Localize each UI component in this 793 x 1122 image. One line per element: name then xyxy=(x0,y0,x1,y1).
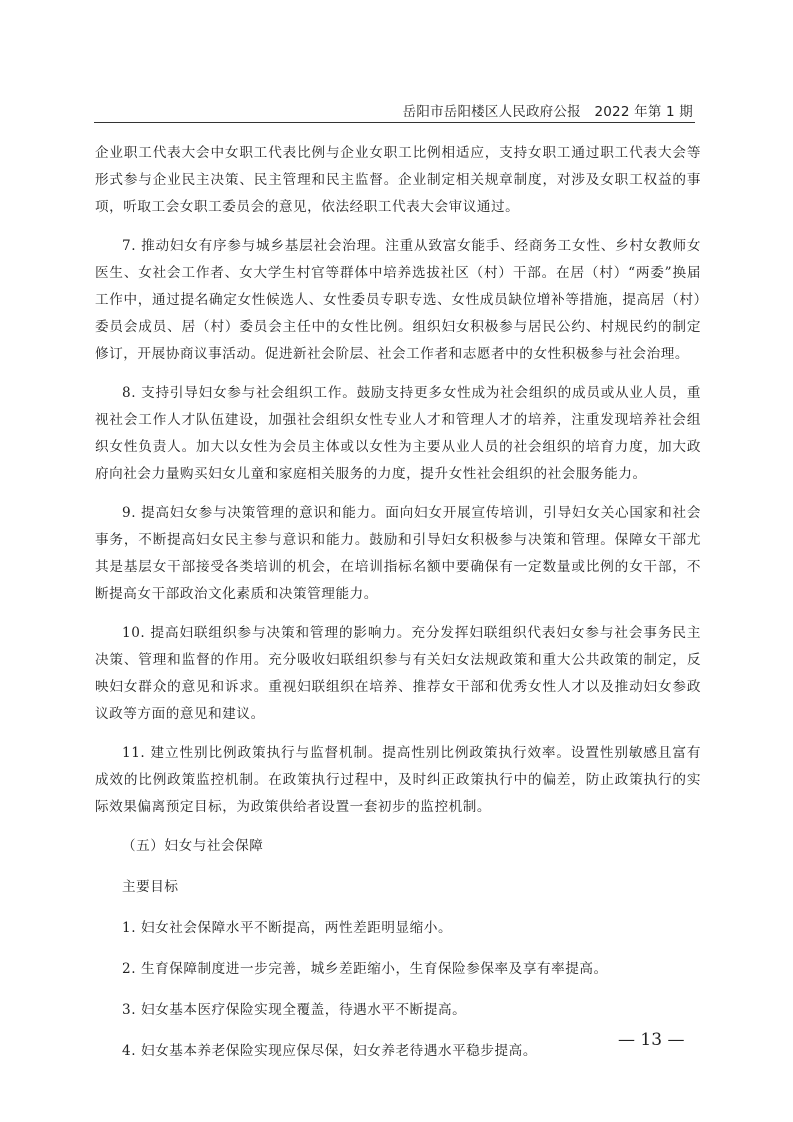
goal-item-3: 3. 妇女基本医疗保险实现全覆盖，待遇水平不断提高。 xyxy=(95,997,701,1024)
paragraph-item-10: 10. 提高妇联组织参与决策和管理的影响力。充分发挥妇联组织代表妇女参与社会事务… xyxy=(95,620,701,728)
goal-item-4: 4. 妇女基本养老保险实现应保尽保，妇女养老待遇水平稳步提高。 xyxy=(95,1038,701,1065)
goal-item-1: 1. 妇女社会保障水平不断提高，两性差距明显缩小。 xyxy=(95,915,701,942)
document-body: 企业职工代表大会中女职工代表比例与企业女职工比例相适应，支持女职工通过职工代表大… xyxy=(95,140,701,1079)
section-heading: （五）妇女与社会保障 xyxy=(95,833,701,860)
paragraph-item-11: 11. 建立性别比例政策执行与监督机制。提高性别比例政策执行效率。设置性别敏感且… xyxy=(95,740,701,821)
paragraph-item-7: 7. 推动妇女有序参与城乡基层社会治理。注重从致富女能手、经商务工女性、乡村女教… xyxy=(95,233,701,368)
subsection-heading: 主要目标 xyxy=(95,874,701,901)
page-header: 岳阳市岳阳楼区人民政府公报 2022 年第 1 期 xyxy=(94,98,695,123)
goal-item-2: 2. 生育保障制度进一步完善，城乡差距缩小，生育保险参保率及享有率提高。 xyxy=(95,956,701,983)
paragraph-item-8: 8. 支持引导妇女参与社会组织工作。鼓励支持更多女性成为社会组织的成员或从业人员… xyxy=(95,380,701,488)
page-number: — 13 — xyxy=(618,1030,684,1050)
header-title: 岳阳市岳阳楼区人民政府公报 2022 年第 1 期 xyxy=(403,100,693,120)
paragraph-item-9: 9. 提高妇女参与决策管理的意识和能力。面向妇女开展宣传培训，引导妇女关心国家和… xyxy=(95,500,701,608)
paragraph-continuation: 企业职工代表大会中女职工代表比例与企业女职工比例相适应，支持女职工通过职工代表大… xyxy=(95,140,701,221)
